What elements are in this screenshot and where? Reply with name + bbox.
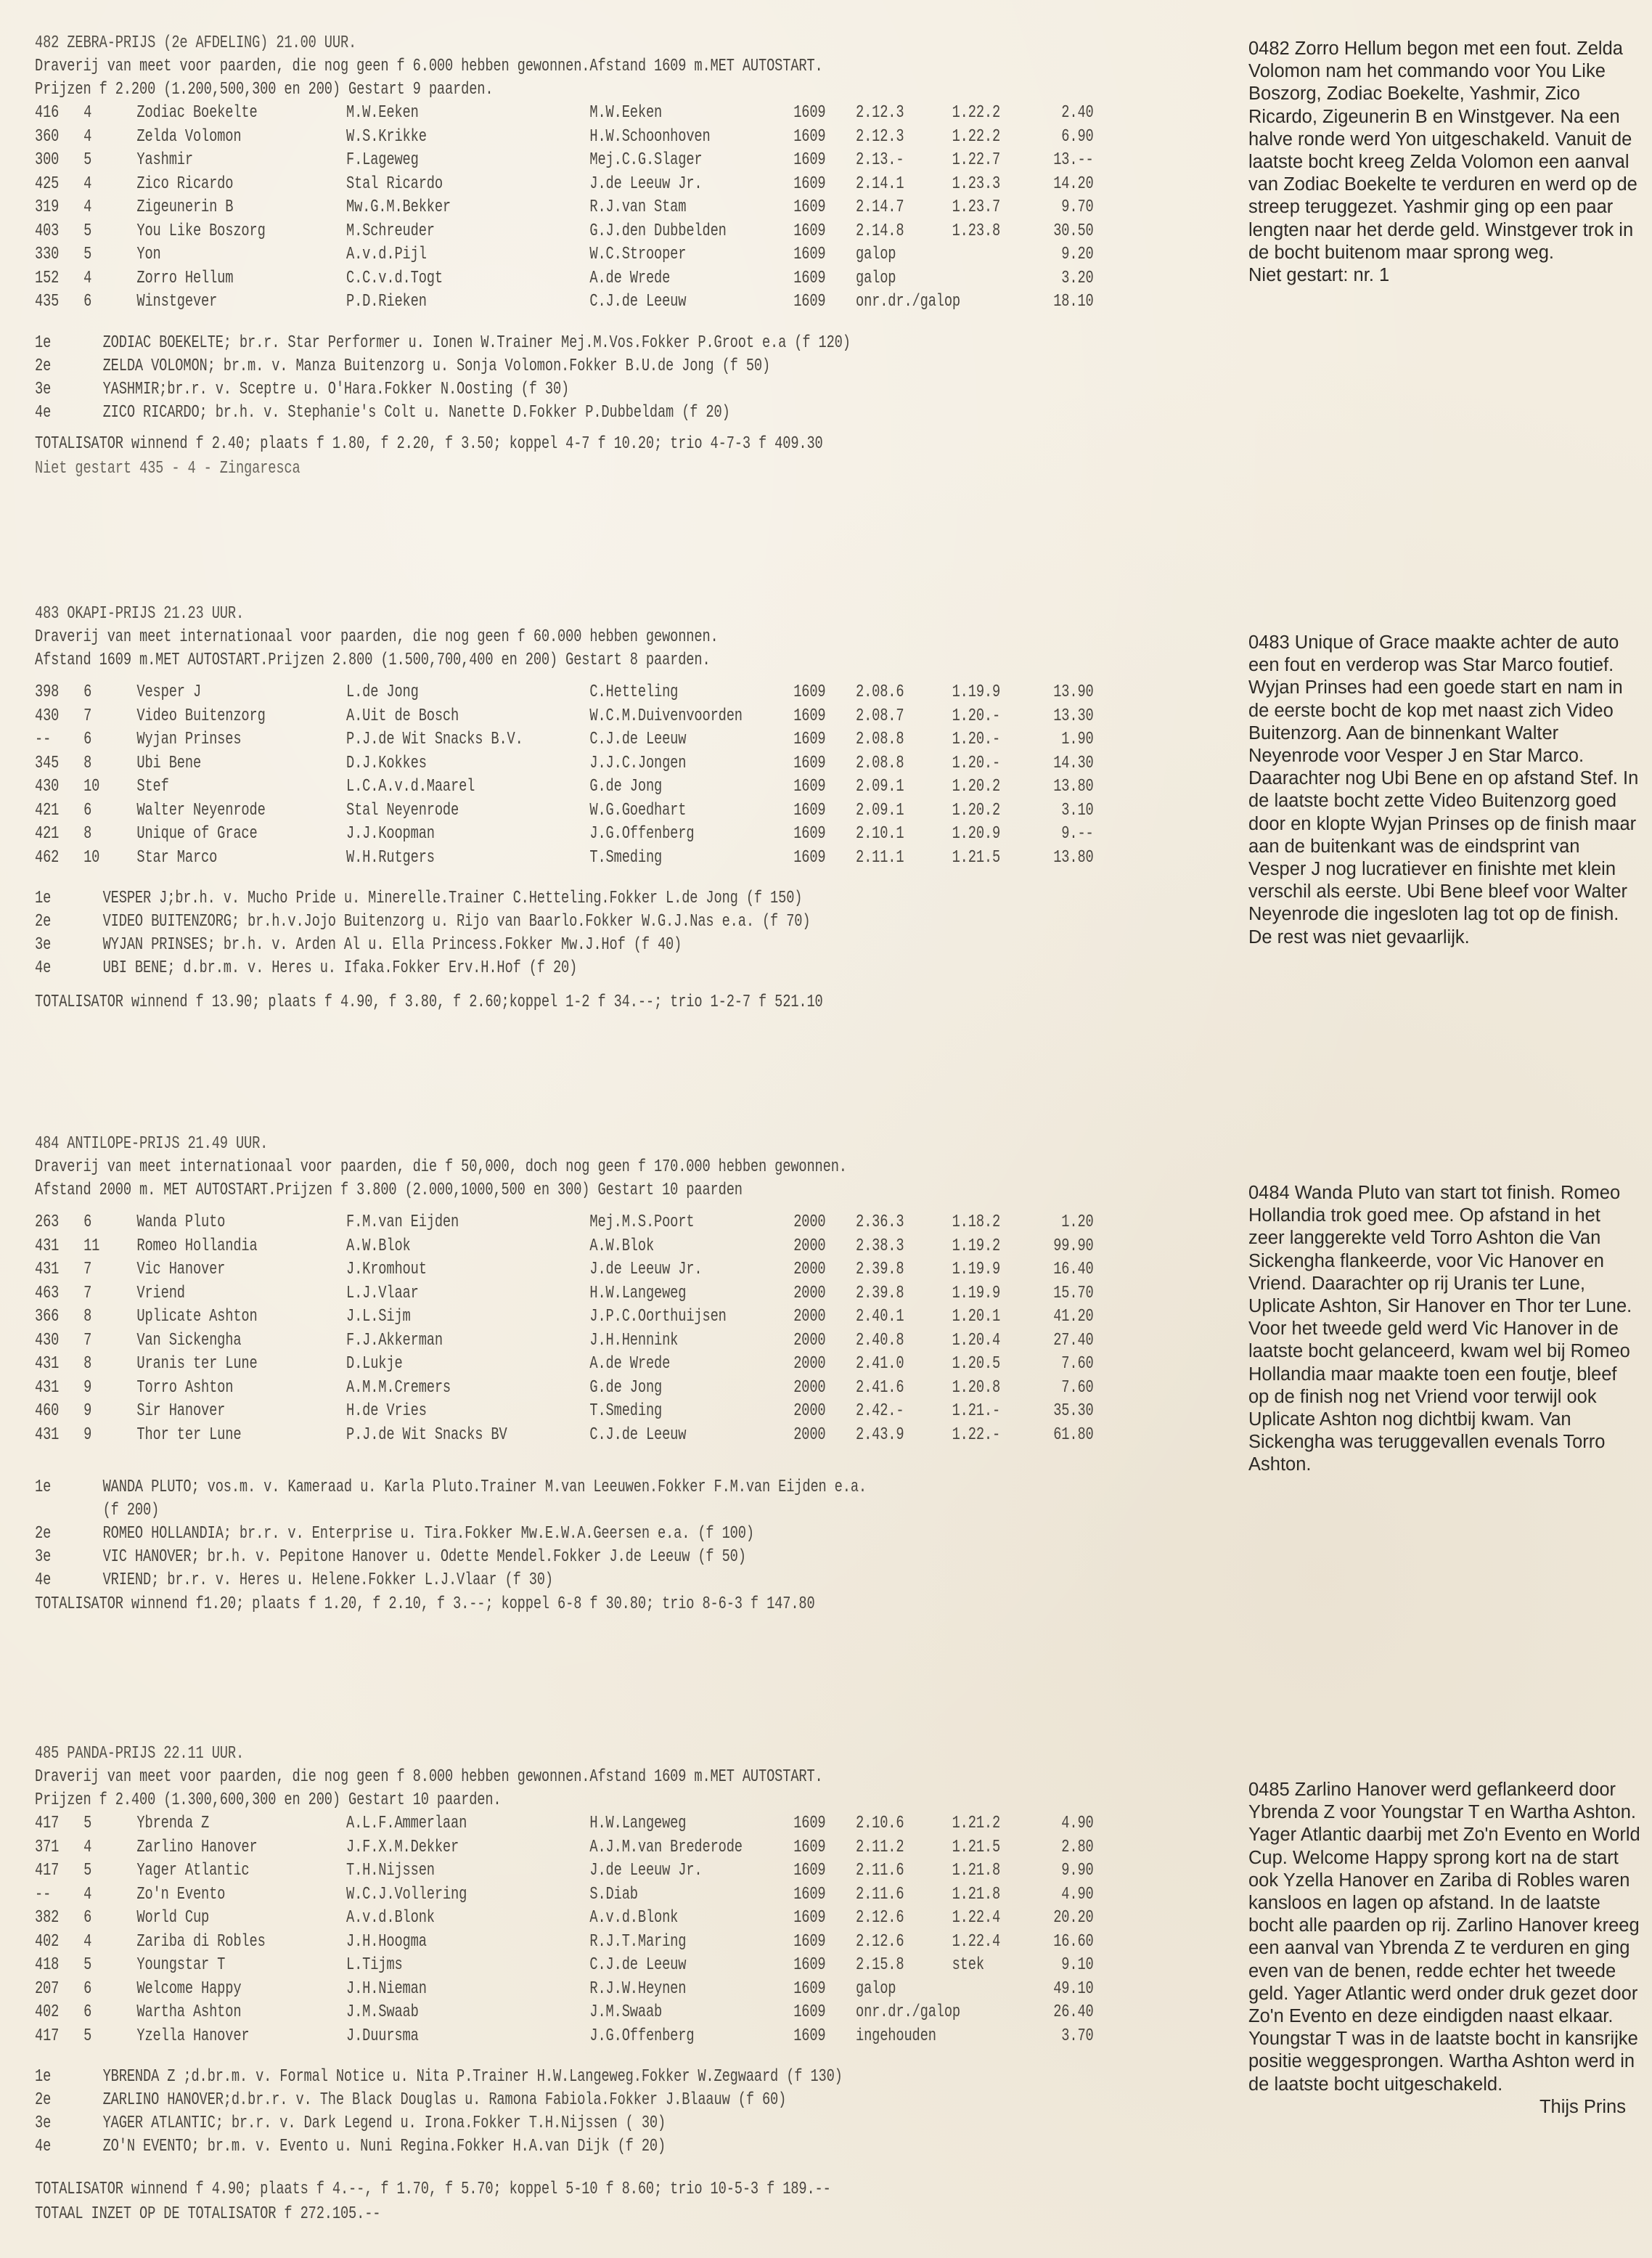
cell-driver: C.J.de Leeuw — [589, 1424, 686, 1448]
race-482: 482 ZEBRA-PRIJS (2e AFDELING) 21.00 UUR.… — [35, 32, 1224, 481]
cell-no: 5 — [83, 1859, 91, 1883]
cell-no: 9 — [83, 1424, 91, 1448]
cell-dist: 1609 — [793, 267, 825, 291]
cell-odds: 13.-- — [1031, 149, 1094, 173]
report-text: 0484 Wanda Pluto van start tot finish. R… — [1248, 1182, 1640, 1477]
table-row: 43111Romeo HollandiaA.W.BlokA.W.Blok2000… — [35, 1235, 1224, 1259]
results-table: 4164Zodiac BoekelteM.W.EekenM.W.Eeken160… — [35, 102, 1224, 314]
cell-no: 10 — [83, 847, 99, 871]
cell-time: 2.40.1 — [856, 1305, 904, 1329]
cell-no: 4 — [83, 1931, 91, 1955]
cell-dist: 2000 — [793, 1282, 825, 1306]
cell-rank: 431 — [35, 1258, 59, 1282]
cell-horse: Zorro Hellum — [136, 267, 233, 291]
cell-no: 4 — [83, 173, 91, 197]
cell-km: 1.19.9 — [952, 1282, 1000, 1306]
cell-horse: Unique of Grace — [136, 823, 257, 847]
cell-rank: 431 — [35, 1424, 59, 1448]
cell-odds: 6.90 — [1031, 126, 1094, 150]
cell-horse: Vriend — [136, 1282, 184, 1306]
cell-rank: 418 — [35, 1954, 59, 1978]
cell-odds: 26.40 — [1031, 2001, 1094, 2025]
cell-dist: 1609 — [793, 799, 825, 823]
cell-no: 6 — [83, 1907, 91, 1931]
cell-no: 10 — [83, 775, 99, 799]
cell-odds: 13.30 — [1031, 705, 1094, 729]
cell-owner: H.de Vries — [346, 1400, 427, 1424]
table-row: 43010StefL.C.A.v.d.MaarelG.de Jong16092.… — [35, 775, 1224, 799]
table-row: 4175Ybrenda ZA.L.F.AmmerlaanH.W.Langeweg… — [35, 1812, 1224, 1836]
cell-no: 8 — [83, 1305, 91, 1329]
cell-horse: Vesper J — [136, 681, 201, 705]
placing-text: YBRENDA Z ;d.br.m. v. Formal Notice u. N… — [103, 2066, 843, 2089]
cell-rank: 430 — [35, 1329, 59, 1353]
cell-owner: J.M.Swaab — [346, 2001, 419, 2025]
cell-time: 2.08.6 — [856, 681, 904, 705]
cell-owner: D.J.Kokkes — [346, 752, 427, 776]
cell-horse: Sir Hanover — [136, 1400, 225, 1424]
cell-no: 9 — [83, 1377, 91, 1401]
cell-km: 1.18.2 — [952, 1211, 1000, 1235]
table-row: 4216Walter NeyenrodeStal NeyenrodeW.G.Go… — [35, 799, 1224, 823]
cell-no: 8 — [83, 1353, 91, 1377]
cell-time: 2.43.9 — [856, 1424, 904, 1448]
cell-odds: 13.90 — [1031, 681, 1094, 705]
cell-no: 8 — [83, 823, 91, 847]
cell-owner: L.C.A.v.d.Maarel — [346, 775, 475, 799]
cell-rank: 435 — [35, 290, 59, 314]
cell-horse: Zariba di Robles — [136, 1931, 265, 1955]
cell-odds: 4.90 — [1031, 1883, 1094, 1907]
results-table: 2636Wanda PlutoF.M.van EijdenMej.M.S.Poo… — [35, 1211, 1224, 1447]
cell-driver: Mej.M.S.Poort — [589, 1211, 694, 1235]
cell-rank: 462 — [35, 847, 59, 871]
cell-dist: 1609 — [793, 196, 825, 220]
placing-position: 1e — [35, 332, 51, 355]
cell-dist: 1609 — [793, 126, 825, 150]
cell-km: 1.21.5 — [952, 1836, 1000, 1860]
cell-km: 1.20.4 — [952, 1329, 1000, 1353]
placing-item: 1eWANDA PLUTO; vos.m. v. Kameraad u. Kar… — [35, 1476, 1224, 1499]
cell-rank: 402 — [35, 1931, 59, 1955]
cell-time: 2.09.1 — [856, 799, 904, 823]
cell-dist: 1609 — [793, 1883, 825, 1907]
cell-no: 7 — [83, 705, 91, 729]
cell-owner: L.Tijms — [346, 1954, 403, 1978]
race-conditions: Draverij van meet internationaal voor pa… — [35, 1156, 1224, 1179]
cell-km: 1.21.8 — [952, 1883, 1000, 1907]
cell-no: 4 — [83, 1883, 91, 1907]
cell-time: 2.08.7 — [856, 705, 904, 729]
cell-dist: 1609 — [793, 705, 825, 729]
cell-odds: 9.90 — [1031, 1859, 1094, 1883]
cell-time: 2.11.6 — [856, 1883, 904, 1907]
race-conditions: Draverij van meet voor paarden, die nog … — [35, 1766, 1224, 1789]
cell-rank: 360 — [35, 126, 59, 150]
placings-list: 1eVESPER J;br.h. v. Mucho Pride u. Miner… — [35, 887, 1224, 980]
cell-horse: Yon — [136, 243, 160, 267]
cell-time: 2.39.8 — [856, 1258, 904, 1282]
table-row: 4175Yzella HanoverJ.DuursmaJ.G.Offenberg… — [35, 2025, 1224, 2049]
placing-item: 2eZARLINO HANOVER;d.br.r. v. The Black D… — [35, 2089, 1224, 2112]
cell-rank: 398 — [35, 681, 59, 705]
cell-time: 2.12.3 — [856, 102, 904, 126]
cell-dist: 1609 — [793, 847, 825, 871]
cell-rank: 417 — [35, 1859, 59, 1883]
cell-driver: W.C.M.Duivenvoorden — [589, 705, 742, 729]
cell-dist: 1609 — [793, 290, 825, 314]
cell-owner: A.v.d.Pijl — [346, 243, 427, 267]
placing-position: 2e — [35, 2089, 51, 2112]
cell-owner: L.de Jong — [346, 681, 419, 705]
table-row: 2636Wanda PlutoF.M.van EijdenMej.M.S.Poo… — [35, 1211, 1224, 1235]
placing-position: 3e — [35, 378, 51, 402]
cell-driver: C.J.de Leeuw — [589, 728, 686, 752]
cell-time: 2.08.8 — [856, 728, 904, 752]
cell-dist: 1609 — [793, 2025, 825, 2049]
table-row: 4307Van SickenghaF.J.AkkermanJ.H.Hennink… — [35, 1329, 1224, 1353]
cell-owner: A.v.d.Blonk — [346, 1907, 435, 1931]
cell-driver: A.v.d.Blonk — [589, 1907, 678, 1931]
cell-owner: J.Duursma — [346, 2025, 419, 2049]
cell-owner: A.M.M.Cremers — [346, 1377, 451, 1401]
cell-driver: W.C.Strooper — [589, 243, 686, 267]
cell-odds: 13.80 — [1031, 775, 1094, 799]
cell-owner: W.H.Rutgers — [346, 847, 435, 871]
cell-dist: 2000 — [793, 1353, 825, 1377]
cell-owner: C.C.v.d.Togt — [346, 267, 443, 291]
placing-item: 4eZO'N EVENTO; br.m. v. Evento u. Nuni R… — [35, 2135, 1224, 2159]
cell-time: 2.09.1 — [856, 775, 904, 799]
cell-horse: World Cup — [136, 1907, 209, 1931]
placing-position: 2e — [35, 1523, 51, 1546]
cell-owner: W.S.Krikke — [346, 126, 427, 150]
cell-driver: J.de Leeuw Jr. — [589, 1258, 702, 1282]
cell-horse: Uranis ter Lune — [136, 1353, 257, 1377]
cell-driver: J.J.C.Jongen — [589, 752, 686, 776]
report-text: 0482 Zorro Hellum begon met een fout. Ze… — [1248, 38, 1640, 264]
cell-time: onr.dr./galop — [856, 2001, 960, 2025]
cell-owner: Stal Ricardo — [346, 173, 443, 197]
cell-no: 5 — [83, 1954, 91, 1978]
cell-driver: J.P.C.Oorthuijsen — [589, 1305, 726, 1329]
cell-dist: 2000 — [793, 1235, 825, 1259]
cell-owner: Mw.G.M.Bekker — [346, 196, 451, 220]
cell-time: galop — [856, 267, 896, 291]
cell-time: 2.10.6 — [856, 1812, 904, 1836]
placing-position: 4e — [35, 2135, 51, 2159]
cell-no: 5 — [83, 243, 91, 267]
placing-text: YASHMIR;br.r. v. Sceptre u. O'Hara.Fokke… — [103, 378, 570, 402]
cell-time: 2.11.6 — [856, 1859, 904, 1883]
cell-rank: 431 — [35, 1235, 59, 1259]
cell-odds: 27.40 — [1031, 1329, 1094, 1353]
cell-no: 6 — [83, 2001, 91, 2025]
cell-odds: 1.90 — [1031, 728, 1094, 752]
cell-time: 2.08.8 — [856, 752, 904, 776]
cell-no: 6 — [83, 728, 91, 752]
cell-rank: 152 — [35, 267, 59, 291]
placing-text: ZELDA VOLOMON; br.m. v. Manza Buitenzorg… — [103, 355, 770, 378]
race-485: 485 PANDA-PRIJS 22.11 UUR. Draverij van … — [35, 1743, 1224, 2227]
cell-odds: 14.20 — [1031, 173, 1094, 197]
cell-horse: Wartha Ashton — [136, 2001, 241, 2025]
cell-km: 1.20.- — [952, 752, 1000, 776]
cell-horse: Youngstar T — [136, 1954, 225, 1978]
cell-owner: P.J.de Wit Snacks BV — [346, 1424, 507, 1448]
placing-item: 1eZODIAC BOEKELTE; br.r. Star Performer … — [35, 332, 1224, 355]
placing-position: 4e — [35, 957, 51, 980]
cell-odds: 9.10 — [1031, 1954, 1094, 1978]
cell-no: 6 — [83, 1211, 91, 1235]
cell-horse: Wyjan Prinses — [136, 728, 241, 752]
placing-text: VIC HANOVER; br.h. v. Pepitone Hanover u… — [103, 1546, 746, 1569]
cell-rank: 403 — [35, 220, 59, 244]
cell-no: 9 — [83, 1400, 91, 1424]
cell-dist: 1609 — [793, 102, 825, 126]
cell-km: 1.22.4 — [952, 1907, 1000, 1931]
cell-time: 2.14.7 — [856, 196, 904, 220]
table-row: 4609Sir HanoverH.de VriesT.Smeding20002.… — [35, 1400, 1224, 1424]
cell-no: 5 — [83, 2025, 91, 2049]
cell-driver: T.Smeding — [589, 847, 662, 871]
table-row: 46210Star MarcoW.H.RutgersT.Smeding16092… — [35, 847, 1224, 871]
cell-horse: Ubi Bene — [136, 752, 201, 776]
table-row: 3714Zarlino HanoverJ.F.X.M.DekkerA.J.M.v… — [35, 1836, 1224, 1860]
placing-item: 1eVESPER J;br.h. v. Mucho Pride u. Miner… — [35, 887, 1224, 910]
placing-position: 4e — [35, 1569, 51, 1592]
cell-odds: 61.80 — [1031, 1424, 1094, 1448]
cell-owner: F.M.van Eijden — [346, 1211, 459, 1235]
results-table: 3986Vesper JL.de JongC.Hetteling16092.08… — [35, 681, 1224, 870]
cell-rank: 430 — [35, 705, 59, 729]
cell-driver: A.de Wrede — [589, 267, 670, 291]
placing-position: 1e — [35, 887, 51, 910]
cell-time: 2.40.8 — [856, 1329, 904, 1353]
cell-owner: W.C.J.Vollering — [346, 1883, 467, 1907]
cell-time: 2.13.- — [856, 149, 904, 173]
cell-odds: 9.-- — [1031, 823, 1094, 847]
cell-horse: Video Buitenzorg — [136, 705, 265, 729]
cell-dist: 1609 — [793, 1978, 825, 2002]
placing-text: VRIEND; br.r. v. Heres u. Helene.Fokker … — [103, 1569, 553, 1592]
cell-dist: 1609 — [793, 728, 825, 752]
table-row: 4356WinstgeverP.D.RiekenC.J.de Leeuw1609… — [35, 290, 1224, 314]
placing-text: ZODIAC BOEKELTE; br.r. Star Performer u.… — [103, 332, 851, 355]
cell-time: 2.38.3 — [856, 1235, 904, 1259]
cell-horse: Yager Atlantic — [136, 1859, 249, 1883]
cell-dist: 1609 — [793, 775, 825, 799]
cell-driver: J.de Leeuw Jr. — [589, 173, 702, 197]
placing-item: 2eROMEO HOLLANDIA; br.r. v. Enterprise u… — [35, 1523, 1224, 1546]
totalisator-line: TOTALISATOR winnend f 13.90; plaats f 4.… — [35, 990, 1224, 1015]
cell-owner: P.D.Rieken — [346, 290, 427, 314]
cell-odds: 35.30 — [1031, 1400, 1094, 1424]
table-row: 4307Video BuitenzorgA.Uit de BoschW.C.M.… — [35, 705, 1224, 729]
race-483: 483 OKAPI-PRIJS 21.23 UUR. Draverij van … — [35, 603, 1224, 1015]
placing-position: 3e — [35, 2112, 51, 2135]
total-stake-line: TOTAAL INZET OP DE TOTALISATOR f 272.105… — [35, 2202, 1224, 2227]
cell-km: 1.20.- — [952, 705, 1000, 729]
cell-rank: -- — [35, 728, 51, 752]
cell-time: 2.12.3 — [856, 126, 904, 150]
cell-km: 1.19.9 — [952, 1258, 1000, 1282]
table-row: 4319Torro AshtonA.M.M.CremersG.de Jong20… — [35, 1377, 1224, 1401]
cell-rank: 207 — [35, 1978, 59, 2002]
cell-time: galop — [856, 1978, 896, 2002]
cell-dist: 1609 — [793, 149, 825, 173]
race-conditions: Prijzen f 2.200 (1.200,500,300 en 200) G… — [35, 78, 1224, 102]
cell-horse: Welcome Happy — [136, 1978, 241, 2002]
table-row: 3194Zigeunerin BMw.G.M.BekkerR.J.van Sta… — [35, 196, 1224, 220]
cell-driver: R.J.W.Heynen — [589, 1978, 686, 2002]
cell-dist: 1609 — [793, 681, 825, 705]
race-report-485: 0485 Zarlino Hanover werd geflankeerd do… — [1248, 1779, 1640, 2119]
cell-dist: 1609 — [793, 1931, 825, 1955]
cell-owner: J.J.Koopman — [346, 823, 435, 847]
cell-rank: 416 — [35, 102, 59, 126]
cell-odds: 1.20 — [1031, 1211, 1094, 1235]
placing-position: 2e — [35, 910, 51, 934]
placing-text: VIDEO BUITENZORG; br.h.v.Jojo Buitenzorg… — [103, 910, 811, 934]
cell-owner: A.Uit de Bosch — [346, 705, 459, 729]
cell-horse: Ybrenda Z — [136, 1812, 209, 1836]
cell-dist: 2000 — [793, 1211, 825, 1235]
table-row: 4254Zico RicardoStal RicardoJ.de Leeuw J… — [35, 173, 1224, 197]
cell-driver: C.J.de Leeuw — [589, 1954, 686, 1978]
table-row: 4035You Like BoszorgM.SchreuderG.J.den D… — [35, 220, 1224, 244]
cell-owner: J.F.X.M.Dekker — [346, 1836, 459, 1860]
placing-item: 3eWYJAN PRINSES; br.h. v. Arden Al u. El… — [35, 934, 1224, 957]
placing-item: 3eYAGER ATLANTIC; br.r. v. Dark Legend u… — [35, 2112, 1224, 2135]
table-row: 4319Thor ter LuneP.J.de Wit Snacks BVC.J… — [35, 1424, 1224, 1448]
cell-driver: J.M.Swaab — [589, 2001, 662, 2025]
cell-rank: 263 — [35, 1211, 59, 1235]
cell-horse: Uplicate Ashton — [136, 1305, 257, 1329]
cell-dist: 1609 — [793, 2001, 825, 2025]
totalisator-line: TOTALISATOR winnend f 2.40; plaats f 1.8… — [35, 432, 1224, 457]
cell-driver: J.H.Hennink — [589, 1329, 678, 1353]
cell-km: 1.20.2 — [952, 799, 1000, 823]
cell-km: 1.23.3 — [952, 173, 1000, 197]
cell-km: 1.20.9 — [952, 823, 1000, 847]
cell-rank: 319 — [35, 196, 59, 220]
race-report-482: 0482 Zorro Hellum begon met een fout. Ze… — [1248, 38, 1640, 287]
cell-time: ingehouden — [856, 2025, 936, 2049]
cell-dist: 1609 — [793, 1907, 825, 1931]
cell-owner: F.Lageweg — [346, 149, 419, 173]
author-signature: Thijs Prins — [1248, 2096, 1640, 2119]
cell-odds: 4.90 — [1031, 1812, 1094, 1836]
cell-owner: J.L.Sijm — [346, 1305, 411, 1329]
table-row: 4164Zodiac BoekelteM.W.EekenM.W.Eeken160… — [35, 102, 1224, 126]
cell-horse: Walter Neyenrode — [136, 799, 265, 823]
race-header: 485 PANDA-PRIJS 22.11 UUR. — [35, 1743, 1224, 1766]
cell-rank: 330 — [35, 243, 59, 267]
table-row: 1524Zorro HellumC.C.v.d.TogtA.de Wrede16… — [35, 267, 1224, 291]
cell-owner: T.H.Nijssen — [346, 1859, 435, 1883]
cell-driver: A.de Wrede — [589, 1353, 670, 1377]
cell-dist: 1609 — [793, 173, 825, 197]
cell-driver: J.G.Offenberg — [589, 2025, 694, 2049]
cell-time: 2.14.8 — [856, 220, 904, 244]
race-report-484: 0484 Wanda Pluto van start tot finish. R… — [1248, 1182, 1640, 1477]
cell-rank: 402 — [35, 2001, 59, 2025]
table-row: 4026Wartha AshtonJ.M.SwaabJ.M.Swaab1609o… — [35, 2001, 1224, 2025]
cell-odds: 2.80 — [1031, 1836, 1094, 1860]
cell-time: onr.dr./galop — [856, 290, 960, 314]
cell-horse: Zo'n Evento — [136, 1883, 225, 1907]
cell-time: 2.11.2 — [856, 1836, 904, 1860]
placing-position: 3e — [35, 1546, 51, 1569]
cell-odds: 13.80 — [1031, 847, 1094, 871]
cell-driver: S.Diab — [589, 1883, 637, 1907]
cell-km: 1.22.2 — [952, 126, 1000, 150]
cell-driver: G.de Jong — [589, 1377, 662, 1401]
cell-owner: F.J.Akkerman — [346, 1329, 443, 1353]
cell-odds: 9.70 — [1031, 196, 1094, 220]
cell-time: 2.12.6 — [856, 1907, 904, 1931]
cell-time: 2.11.1 — [856, 847, 904, 871]
placing-item: 1eYBRENDA Z ;d.br.m. v. Formal Notice u.… — [35, 2066, 1224, 2089]
table-row: 3604Zelda VolomonW.S.KrikkeH.W.Schoonhov… — [35, 126, 1224, 150]
cell-rank: 463 — [35, 1282, 59, 1306]
report-text: 0483 Unique of Grace maakte achter de au… — [1248, 632, 1640, 949]
race-report-483: 0483 Unique of Grace maakte achter de au… — [1248, 632, 1640, 949]
cell-time: 2.42.- — [856, 1400, 904, 1424]
table-row: 4175Yager AtlanticT.H.NijssenJ.de Leeuw … — [35, 1859, 1224, 1883]
cell-odds: 15.70 — [1031, 1282, 1094, 1306]
placings-list: 1eZODIAC BOEKELTE; br.r. Star Performer … — [35, 332, 1224, 425]
cell-km: stek — [952, 1954, 984, 1978]
cell-horse: Romeo Hollandia — [136, 1235, 257, 1259]
race-conditions: Draverij van meet internationaal voor pa… — [35, 626, 1224, 649]
cell-horse: Zico Ricardo — [136, 173, 233, 197]
totalisator-line: TOTALISATOR winnend f1.20; plaats f 1.20… — [35, 1592, 1224, 1617]
cell-time: 2.39.8 — [856, 1282, 904, 1306]
placing-text: WYJAN PRINSES; br.h. v. Arden Al u. Ella… — [103, 934, 682, 957]
cell-horse: Zelda Volomon — [136, 126, 241, 150]
cell-no: 6 — [83, 799, 91, 823]
cell-owner: D.Lukje — [346, 1353, 403, 1377]
placing-item: 3eYASHMIR;br.r. v. Sceptre u. O'Hara.Fok… — [35, 378, 1224, 402]
cell-horse: Torro Ashton — [136, 1377, 233, 1401]
table-row: 4185Youngstar TL.TijmsC.J.de Leeuw16092.… — [35, 1954, 1224, 1978]
cell-driver: H.W.Langeweg — [589, 1812, 686, 1836]
cell-no: 4 — [83, 102, 91, 126]
cell-km: 1.20.5 — [952, 1353, 1000, 1377]
cell-km: 1.20.1 — [952, 1305, 1000, 1329]
cell-km: 1.22.- — [952, 1424, 1000, 1448]
placing-position: 4e — [35, 402, 51, 425]
cell-driver: H.W.Langeweg — [589, 1282, 686, 1306]
placing-text: ZARLINO HANOVER;d.br.r. v. The Black Dou… — [103, 2089, 787, 2112]
cell-no: 5 — [83, 220, 91, 244]
cell-km: 1.19.2 — [952, 1235, 1000, 1259]
cell-horse: Winstgever — [136, 290, 217, 314]
cell-km: 1.21.8 — [952, 1859, 1000, 1883]
cell-dist: 1609 — [793, 1836, 825, 1860]
cell-odds: 49.10 — [1031, 1978, 1094, 2002]
cell-odds: 9.20 — [1031, 243, 1094, 267]
cell-km: 1.22.4 — [952, 1931, 1000, 1955]
cell-odds: 3.20 — [1031, 267, 1094, 291]
cell-owner: M.Schreuder — [346, 220, 435, 244]
cell-km: 1.21.5 — [952, 847, 1000, 871]
cell-time: 2.14.1 — [856, 173, 904, 197]
cell-odds: 2.40 — [1031, 102, 1094, 126]
cell-horse: Stef — [136, 775, 168, 799]
